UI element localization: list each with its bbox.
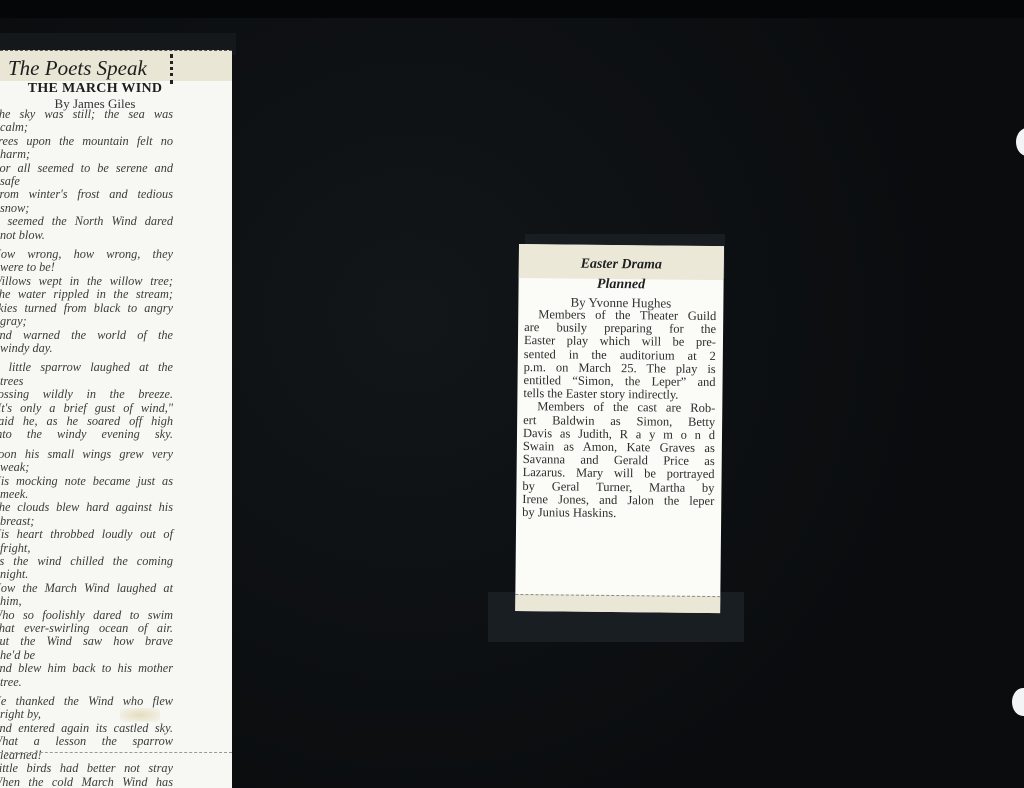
poem-line: Willows wept in the willow tree; xyxy=(0,275,173,288)
drama-headline-line1: Easter Drama xyxy=(519,256,724,274)
binder-hole-top xyxy=(1016,128,1024,156)
poem-line: "It's only a brief gust of wind," xyxy=(0,402,173,415)
poem-line: harm; xyxy=(0,148,173,161)
page-top-shadow xyxy=(0,0,1024,18)
poem-line: weak; xyxy=(0,461,173,474)
poem-line: What a lesson the sparrow xyxy=(0,735,173,748)
poem-line: Soon his small wings grew very xyxy=(0,448,173,461)
poem-fold-line xyxy=(0,752,232,754)
poem-line: How wrong, how wrong, they xyxy=(0,248,173,261)
poem-line: For all seemed to be serene and xyxy=(0,162,173,175)
poem-line: How the March Wind laughed at xyxy=(0,582,173,595)
poem-line: The water rippled in the stream; xyxy=(0,288,173,301)
poem-line: Who so foolishly dared to swim xyxy=(0,609,173,622)
poem-line: His mocking note became just as xyxy=(0,475,173,488)
poem-header-band: The Poets Speak xyxy=(0,50,232,81)
scrapbook-page: The Poets Speak THE MARCH WIND By James … xyxy=(0,0,1024,788)
poem-series-title: The Poets Speak xyxy=(8,56,147,81)
poem-line: fright, xyxy=(0,542,173,555)
poem-line: Skies turned from black to angry xyxy=(0,302,173,315)
poem-line: snow; xyxy=(0,202,173,215)
poem-line: And entered again its castled sky. xyxy=(0,722,173,735)
poem-line: And warned the world of the xyxy=(0,329,173,342)
poem-line: It seemed the North Wind dared xyxy=(0,215,173,228)
wavy-rule-icon xyxy=(170,54,177,84)
poem-line: Little birds had better not stray xyxy=(0,762,173,775)
drama-body: Members of the Theater Guildare busily p… xyxy=(522,308,716,521)
poem-line: not blow. xyxy=(0,229,173,242)
poem-line: he'd be xyxy=(0,649,173,662)
poem-title: THE MARCH WIND xyxy=(0,81,190,97)
poem-line: A little sparrow laughed at the xyxy=(0,361,173,374)
poem-line: The clouds blew hard against his xyxy=(0,501,173,514)
poem-line: But the Wind saw how brave xyxy=(0,635,173,648)
poem-line: safe xyxy=(0,175,173,188)
poem-line: He thanked the Wind who flew xyxy=(0,695,173,708)
poem-line: The sky was still; the sea was xyxy=(0,108,173,121)
drama-headline-line2: Planned xyxy=(518,276,723,294)
poem-line: That ever-swirling ocean of air. xyxy=(0,622,173,635)
poem-line: Tossing wildly in the breeze. xyxy=(0,388,173,401)
poem-line: Said he, as he soared off high xyxy=(0,415,173,428)
poem-line: windy day. xyxy=(0,342,173,355)
drama-footer-band xyxy=(515,594,720,613)
poem-line: night. xyxy=(0,568,173,581)
poem-line: calm; xyxy=(0,121,173,134)
poem-line: His heart throbbed loudly out of xyxy=(0,528,173,541)
poem-line: tree. xyxy=(0,676,173,689)
poem-line: gray; xyxy=(0,315,173,328)
paper-stain xyxy=(120,708,160,722)
poem-line: him, xyxy=(0,595,173,608)
binder-hole-bottom xyxy=(1012,688,1024,716)
poem-line: learned! xyxy=(0,749,173,762)
poem-line: trees xyxy=(0,375,173,388)
poem-line: And blew him back to his mother xyxy=(0,662,173,675)
poem-line: meek. xyxy=(0,488,173,501)
drama-clipping: Easter Drama Planned By Yvonne Hughes Me… xyxy=(515,244,724,613)
article-line: by Junius Haskins. xyxy=(522,506,714,521)
poem-line: When the cold March Wind has xyxy=(0,776,173,788)
poem-line: were to be! xyxy=(0,261,173,274)
poem-line: As the wind chilled the coming xyxy=(0,555,173,568)
poem-line: breast; xyxy=(0,515,173,528)
poem-line: Into the windy evening sky. xyxy=(0,428,173,441)
poem-clipping: The Poets Speak THE MARCH WIND By James … xyxy=(0,50,232,788)
poem-line: Trees upon the mountain felt no xyxy=(0,135,173,148)
poem-line: From winter's frost and tedious xyxy=(0,188,173,201)
poem-body: The sky was still; the sea wascalm;Trees… xyxy=(0,108,173,788)
